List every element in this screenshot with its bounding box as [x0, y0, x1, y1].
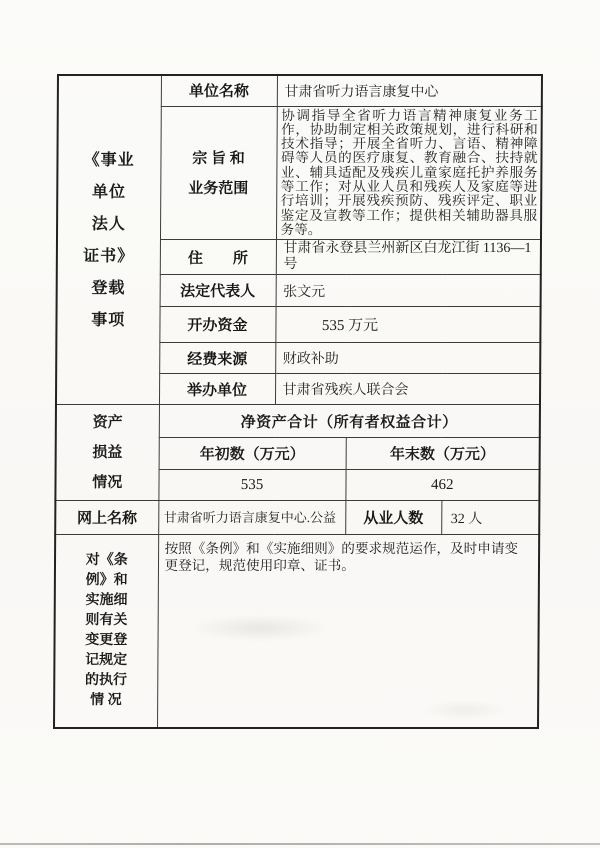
cert-label-line: 证书》 — [83, 248, 134, 265]
cert-label-line: 法人 — [92, 216, 126, 233]
compliance-label-cell: 对《条 例》和 实施细 则有关 变更登 记规定 的执行 情 况 — [54, 535, 158, 728]
compliance-label-line: 则有关 — [85, 614, 127, 628]
compliance-label-line: 实施细 — [85, 594, 127, 608]
paper-edge-line — [0, 843, 600, 845]
scanned-document-page: 《事业 单位 法人 证书》 登载 事项 单位名称 甘肃省听力语言康复中心 — [0, 0, 600, 848]
address-label: 住 所 — [160, 240, 276, 275]
compliance-label-line: 对《条 — [86, 554, 128, 568]
assets-profit-loss-label: 资产 损益 情况 — [56, 415, 158, 491]
year-start-header: 年初数（万元） — [159, 438, 346, 470]
year-end-header: 年末数（万元） — [346, 438, 540, 470]
mission-scope-label-lines: 宗 旨 和 业务范围 — [161, 147, 276, 198]
assets-label-line: 资产 — [93, 415, 123, 431]
cert-label-line: 事项 — [91, 312, 125, 329]
opening-capital-label: 开办资金 — [159, 307, 275, 343]
online-name-label: 网上名称 — [55, 501, 158, 535]
compliance-label-line: 的执行 — [85, 674, 127, 688]
compliance-label-line: 例》和 — [86, 574, 128, 588]
staff-count-label: 从业人数 — [345, 501, 441, 535]
cert-label-line: 登载 — [91, 280, 125, 297]
legal-representative-value: 张文元 — [276, 275, 541, 307]
legal-representative-label: 法定代表人 — [160, 275, 276, 307]
mission-scope-value: 协调指导全省听力语言精神康复业务工作，协助制定相关政策规划，进行科研和技术指导；… — [276, 106, 542, 240]
net-assets-header: 净资产合计（所有者权益合计） — [159, 405, 540, 438]
funding-source-value: 财政补助 — [275, 343, 540, 374]
cert-label-line: 《事业 — [84, 152, 135, 169]
unit-name-value: 甘肃省听力语言康复中心 — [277, 75, 542, 106]
assets-label-line: 损益 — [92, 445, 122, 461]
mission-scope-label: 宗 旨 和 业务范围 — [160, 106, 277, 240]
mission-label-line: 宗 旨 和 — [161, 147, 276, 168]
online-name-value: 甘肃省听力语言康复中心.公益 — [158, 501, 345, 535]
opening-capital-value: 535 万元 — [275, 307, 540, 343]
assets-profit-loss-label-cell: 资产 损益 情况 — [55, 405, 159, 501]
certificate-items-label: 《事业 单位 法人 证书》 登载 事项 — [57, 152, 160, 329]
address-value: 甘肃省永登县兰州新区白龙江街 1136—1号 — [276, 240, 541, 275]
compliance-label-line: 情 况 — [90, 694, 122, 708]
mission-label-line: 业务范围 — [161, 177, 276, 198]
year-start-value: 535 — [158, 470, 345, 501]
certificate-items-label-cell: 《事业 单位 法人 证书》 登载 事项 — [56, 75, 161, 405]
scan-smudge — [420, 700, 510, 720]
scan-smudge — [190, 615, 330, 641]
staff-count-value: 32 人 — [441, 501, 539, 535]
unit-name-label: 单位名称 — [161, 75, 277, 106]
cert-label-line: 单位 — [92, 184, 126, 201]
compliance-label-line: 记规定 — [85, 654, 127, 668]
funding-source-label: 经费来源 — [159, 343, 275, 374]
assets-label-line: 情况 — [92, 475, 122, 491]
compliance-label: 对《条 例》和 实施细 则有关 变更登 记规定 的执行 情 况 — [55, 554, 157, 708]
organizer-value: 甘肃省残疾人联合会 — [275, 374, 540, 405]
compliance-label-line: 变更登 — [85, 634, 127, 648]
year-end-value: 462 — [345, 470, 539, 501]
organizer-label: 举办单位 — [159, 374, 275, 405]
